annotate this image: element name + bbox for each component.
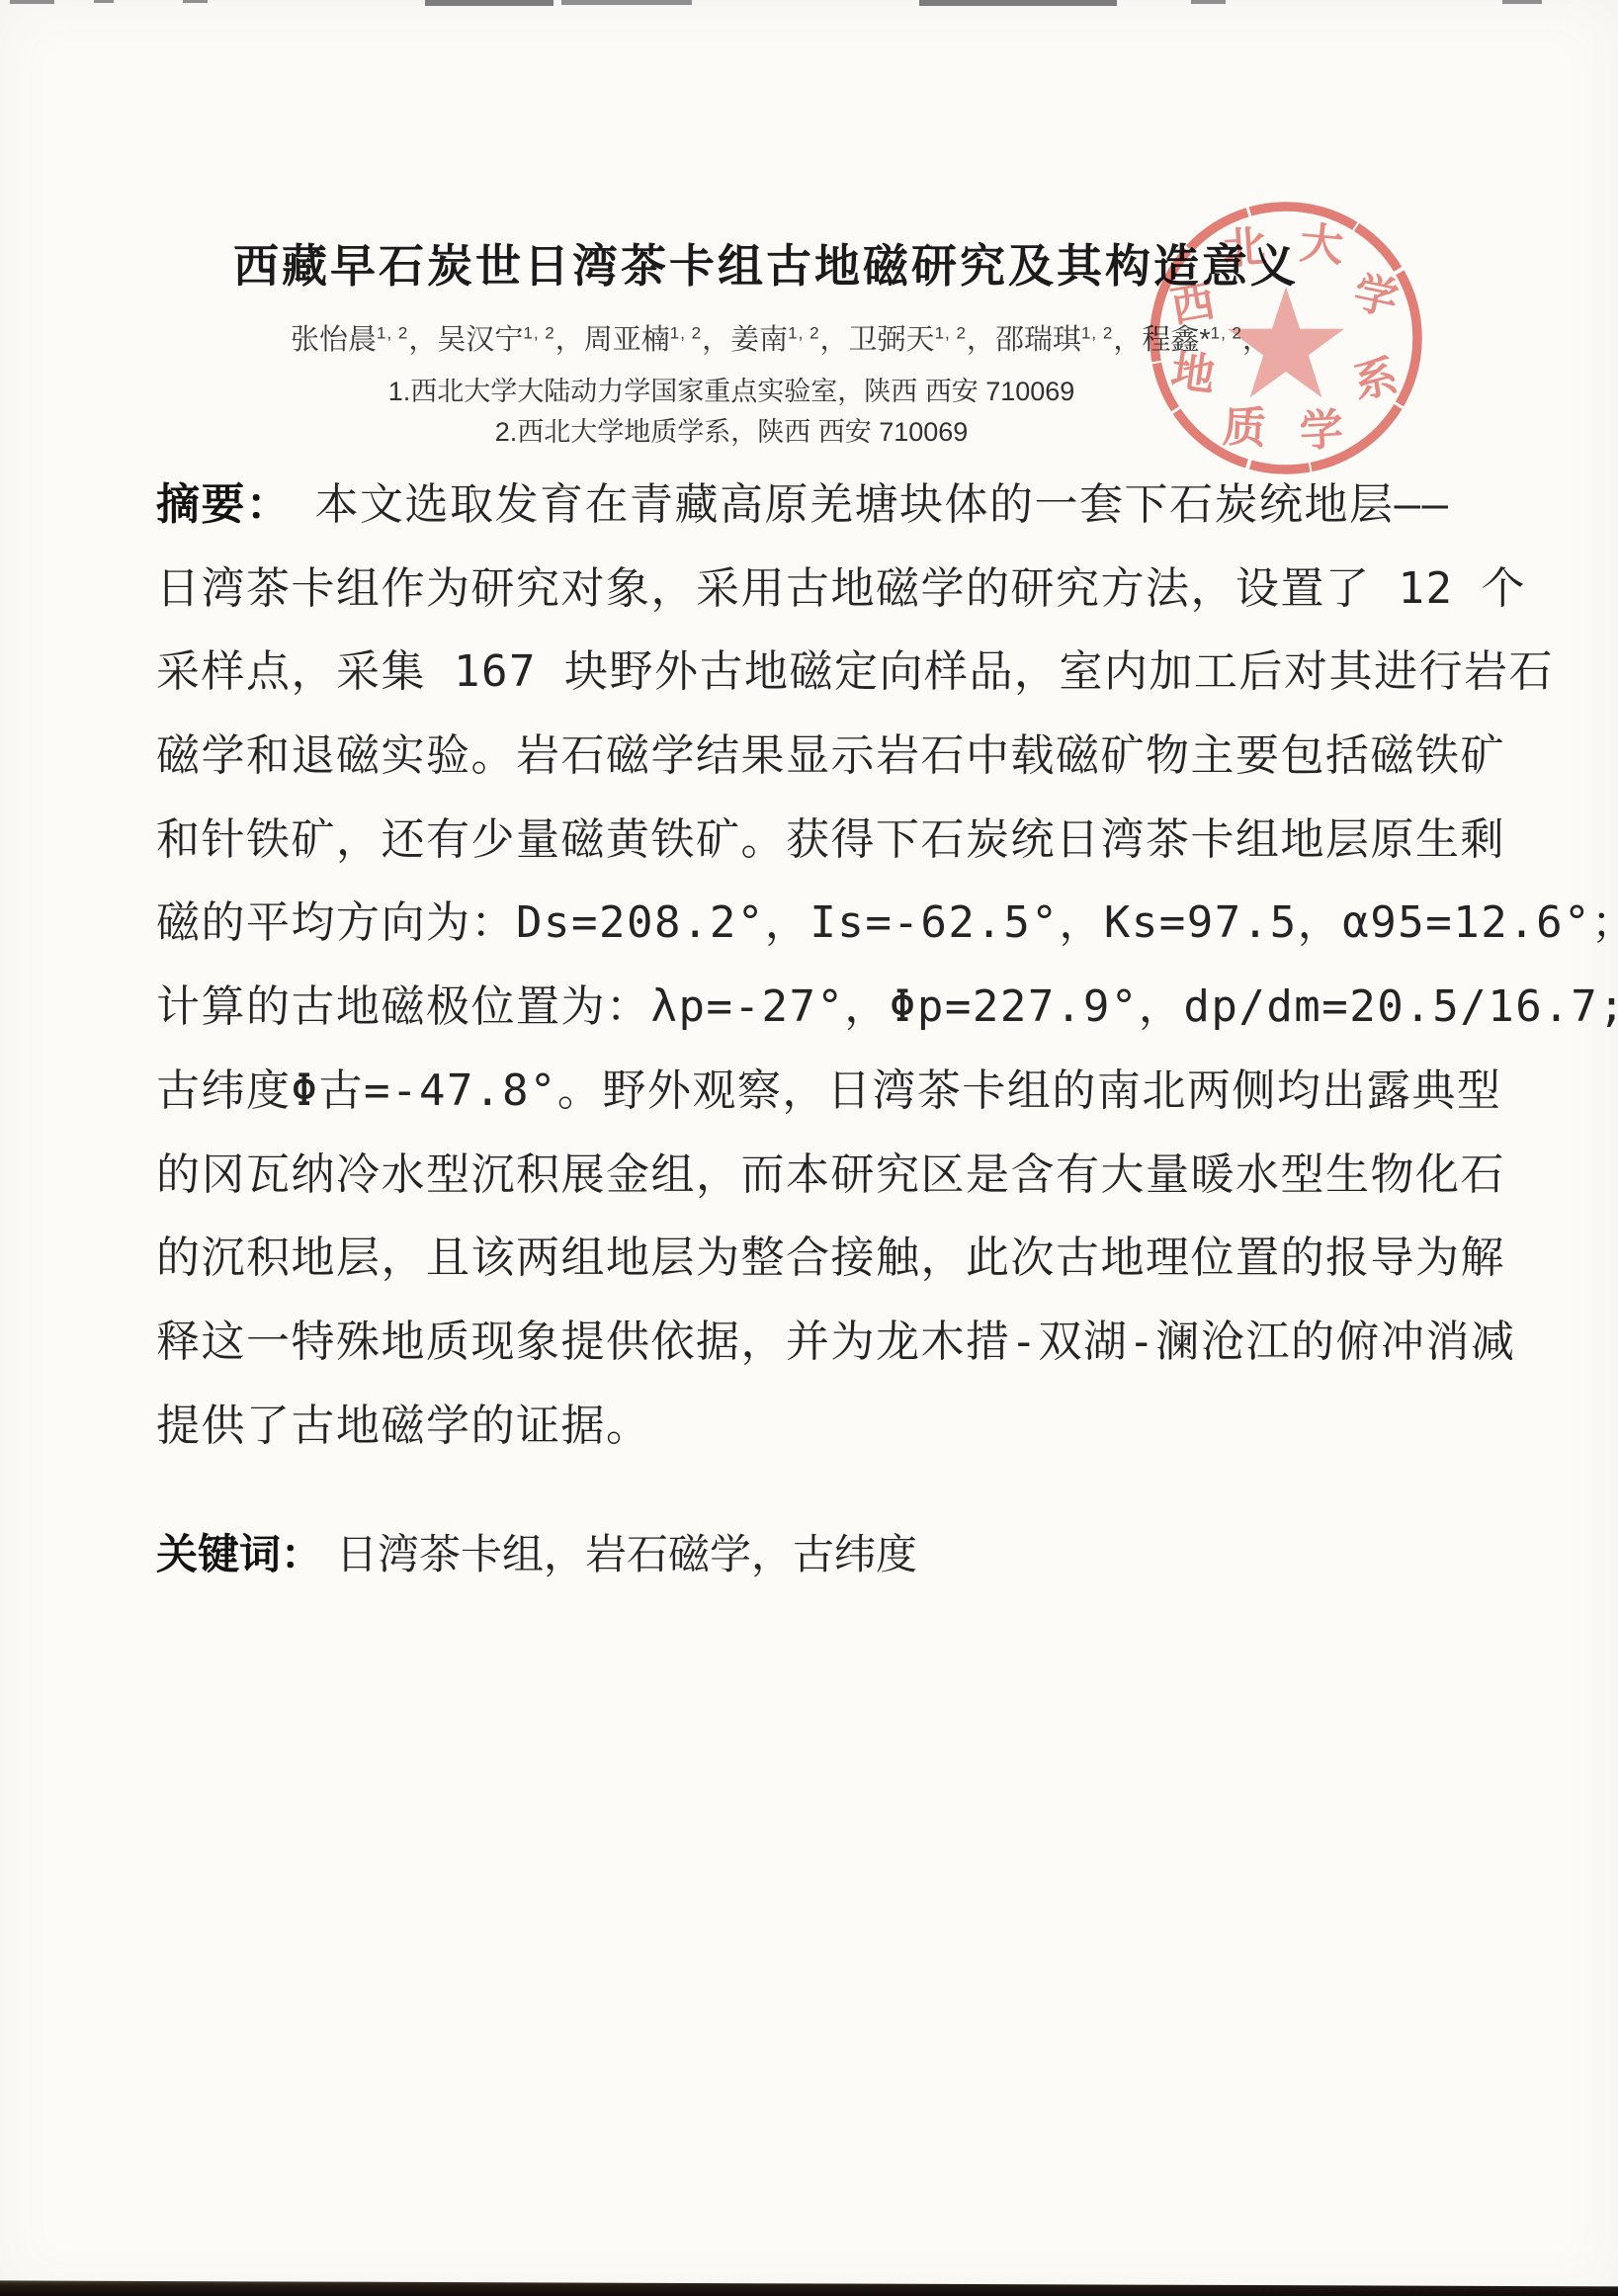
author-name: 邵瑞琪 [995,324,1081,356]
author-affiliation-superscript: 1, 2 [377,323,408,342]
seal-character: 学 [1349,268,1402,324]
abstract-line-text: 和针铁矿，还有少量磁黄铁矿。获得下石炭统日湾茶卡组地层原生剩 [156,814,1505,865]
abstract-line-2: 日湾茶卡组作为研究对象，采用古地磁学的研究方法，设置了 12 个 [156,548,1421,632]
author-separator: ， [555,324,584,356]
seal-character: 学 [1299,405,1345,456]
author-affiliation-superscript: 1, 2 [788,323,819,342]
scan-artifact [561,0,692,5]
scan-artifact [10,0,54,4]
abstract-line-12: 提供了古地磁学的证据。 [156,1385,1421,1469]
abstract-line-8: 古纬度Φ古=-47.8°。野外观察，日湾茶卡组的南北两侧均出露典型 [156,1050,1421,1134]
seal-character: 大 [1298,219,1345,272]
abstract-line-11: 释这一特殊地质现象提供依据，并为龙木措-双湖-澜沧江的俯冲消减 [156,1301,1421,1385]
abstract-line-7: 计算的古地磁极位置为：λp=-27°，Φp=227.9°，dp/dm=20.5/… [156,966,1421,1050]
abstract-line-text: 古纬度Φ古=-47.8°。野外观察，日湾茶卡组的南北两侧均出露典型 [156,1065,1501,1116]
abstract-line-text: 释这一特殊地质现象提供依据，并为龙木措-双湖-澜沧江的俯冲消减 [156,1317,1515,1367]
abstract-line-text: 采样点，采集 167 块野外古地磁定向样品，室内加工后对其进行岩石 [156,646,1554,697]
author-name: 吴汉宁 [437,324,523,356]
author-separator: ， [967,324,995,356]
author-name: 卫弼天 [849,324,935,356]
abstract-line-10: 的沉积地层，且该两组地层为整合接触，此次古地理位置的报导为解 [156,1217,1421,1301]
seal-star-icon [1228,287,1344,397]
author-separator: ， [820,324,849,356]
abstract-label: 摘要： [156,480,292,529]
scan-artifact [183,0,208,3]
scan-artifact [94,0,114,3]
keywords-label: 关键词： [156,1531,322,1577]
abstract-lines: 摘要：本文选取发育在青藏高原羌塘块体的一套下石炭统地层——日湾茶卡组作为研究对象… [156,464,1421,1468]
author-name: 姜南 [730,324,788,356]
seal-character: 西 [1167,277,1219,332]
author-separator: ， [408,324,437,356]
author-name: 周亚楠 [584,324,670,356]
author-affiliation-superscript: 1, 2 [523,323,554,342]
abstract-line-text: 提供了古地磁学的证据。 [156,1401,651,1451]
seal-character: 北 [1221,222,1267,274]
abstract-line-text: 的冈瓦纳冷水型沉积展金组，而本研究区是含有大量暖水型生物化石 [156,1149,1505,1200]
abstract-line-4: 磁学和退磁实验。岩石磁学结果显示岩石中载磁矿物主要包括磁铁矿 [156,715,1421,799]
scan-artifact [1502,0,1542,4]
abstract-line-text: 的沉积地层，且该两组地层为整合接触，此次古地理位置的报导为解 [156,1233,1505,1283]
abstract-line-5: 和针铁矿，还有少量磁黄铁矿。获得下石炭统日湾茶卡组地层原生剩 [156,799,1421,883]
keywords-text: 日湾茶卡组，岩石磁学，古纬度 [336,1530,917,1578]
abstract-line-3: 采样点，采集 167 块野外古地磁定向样品，室内加工后对其进行岩石 [156,631,1421,715]
scan-artifact [1191,0,1226,4]
scan-bottom-edge [0,2276,1618,2296]
author-affiliation-superscript: 1, 2 [670,323,702,342]
university-seal-stamp: 西北大学地质学系 [1128,180,1444,496]
author-separator: ， [702,324,730,356]
abstract-line-6: 磁的平均方向为：Ds=208.2°，Is=-62.5°，Ks=97.5，α95=… [156,882,1421,966]
scan-artifact [425,0,554,6]
keywords-line: 关键词：日湾茶卡组，岩石磁学，古纬度 [156,1519,917,1590]
scan-artifact [919,0,1117,6]
author-affiliation-superscript: 1, 2 [1081,323,1113,342]
scanned-paper-page: 西藏早石炭世日湾茶卡组古地磁研究及其构造意义 张怡晨1, 2，吴汉宁1, 2，周… [0,0,1618,2296]
seal-character: 质 [1222,402,1268,453]
seal-character: 地 [1168,347,1218,401]
abstract-line-text: 磁学和退磁实验。岩石磁学结果显示岩石中载磁矿物主要包括磁铁矿 [156,730,1505,781]
abstract-line-9: 的冈瓦纳冷水型沉积展金组，而本研究区是含有大量暖水型生物化石 [156,1134,1421,1218]
abstract-line-text: 日湾茶卡组作为研究对象，采用古地磁学的研究方法，设置了 12 个 [156,563,1526,614]
abstract-line-text: 计算的古地磁极位置为：λp=-27°，Φp=227.9°，dp/dm=20.5/… [156,981,1618,1032]
author-affiliation-superscript: 1, 2 [935,323,967,342]
seal-character: 系 [1350,352,1402,407]
author-name: 张怡晨 [291,324,377,356]
abstract-line-text: 磁的平均方向为：Ds=208.2°，Is=-62.5°，Ks=97.5，α95=… [156,897,1618,948]
